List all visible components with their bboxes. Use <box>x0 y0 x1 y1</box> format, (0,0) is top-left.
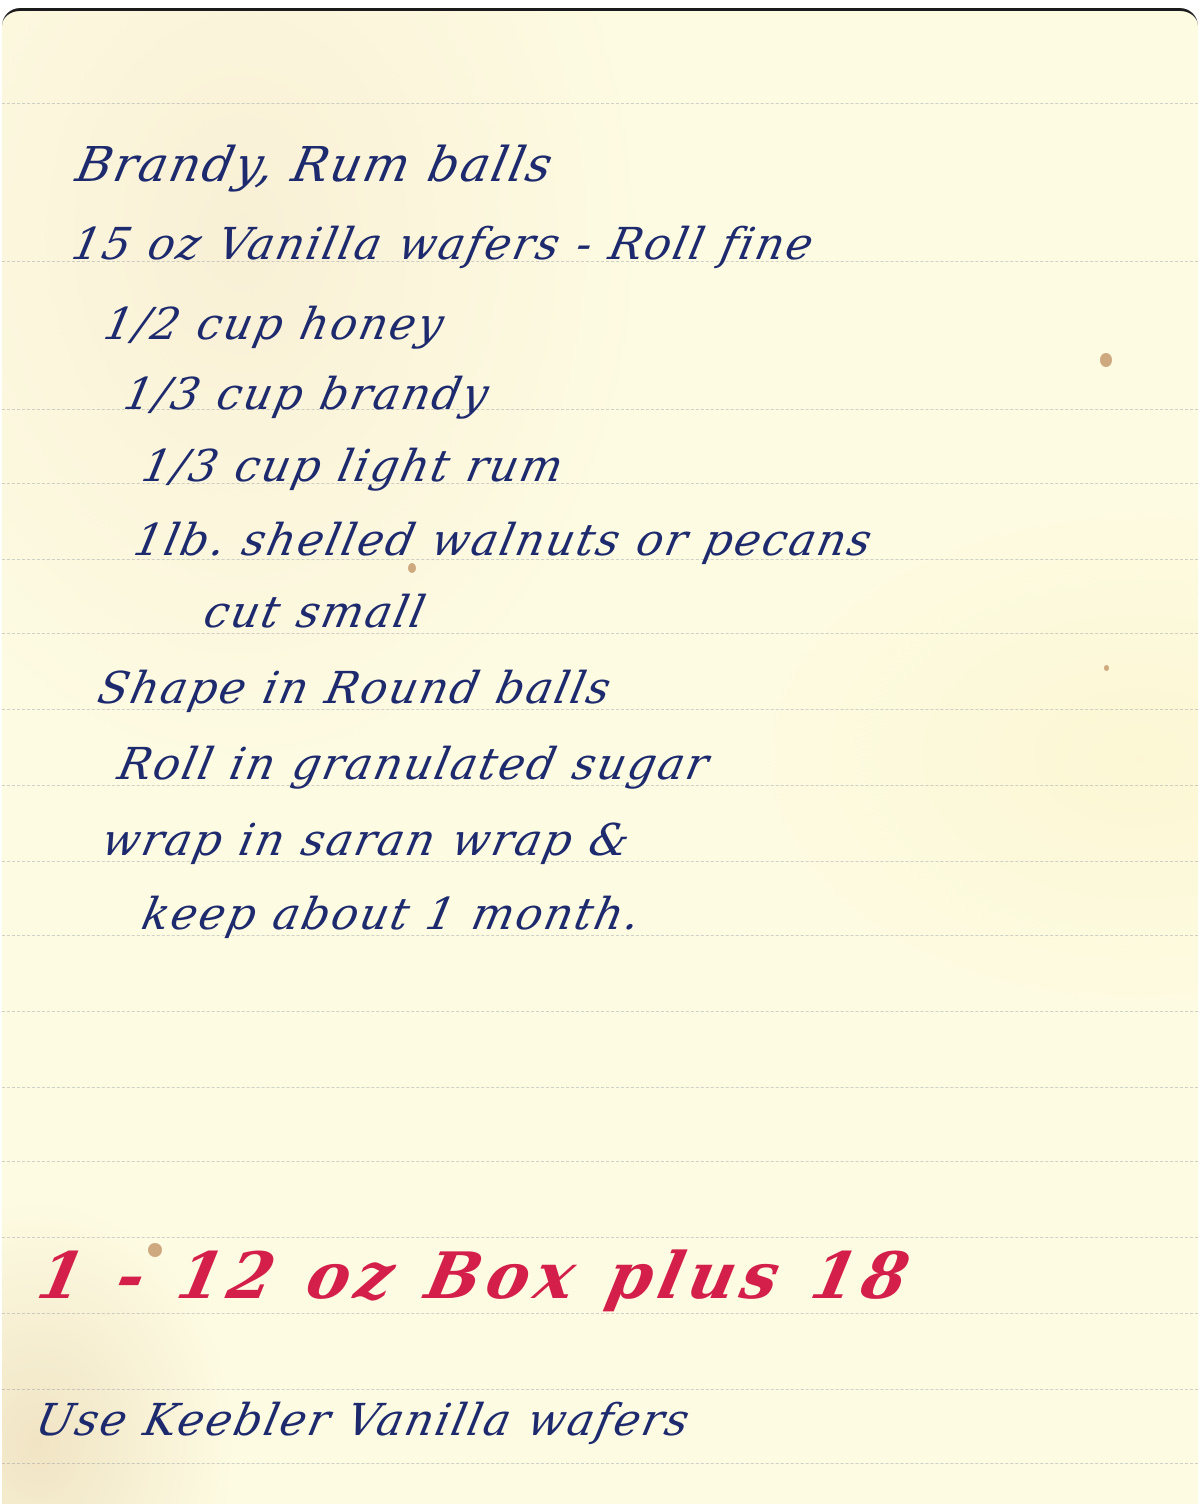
recipe-line: Roll in granulated sugar <box>114 743 714 787</box>
stain-spot <box>1104 665 1109 671</box>
ruled-line <box>2 1087 1198 1088</box>
ruled-line <box>2 1161 1198 1162</box>
recipe-line: 1/3 cup brandy <box>120 373 494 417</box>
recipe-line: 1/3 cup light rum <box>138 445 569 489</box>
ruled-line <box>2 1011 1198 1012</box>
recipe-line: keep about 1 month. <box>138 893 646 937</box>
recipe-line: cut small <box>200 591 431 635</box>
footer-note: Use Keebler Vanilla wafers <box>32 1399 695 1443</box>
recipe-line: 15 oz Vanilla wafers - Roll fine <box>68 223 819 267</box>
red-ink-note: 1 - 12 oz Box plus 18 <box>32 1245 920 1309</box>
ruled-line <box>2 1237 1198 1238</box>
recipe-card: Brandy, Rum balls 15 oz Vanilla wafers -… <box>2 8 1198 1504</box>
recipe-line: wrap in saran wrap & <box>98 819 635 863</box>
ruled-line <box>2 103 1198 104</box>
recipe-line: 1lb. shelled walnuts or pecans <box>130 519 877 563</box>
ruled-line <box>2 633 1198 634</box>
ruled-line <box>2 1389 1198 1390</box>
stain-spot <box>1100 353 1112 367</box>
recipe-title: Brandy, Rum balls <box>72 141 558 189</box>
recipe-line: Shape in Round balls <box>94 667 616 711</box>
recipe-line: 1/2 cup honey <box>100 303 449 347</box>
ruled-line <box>2 1463 1198 1464</box>
